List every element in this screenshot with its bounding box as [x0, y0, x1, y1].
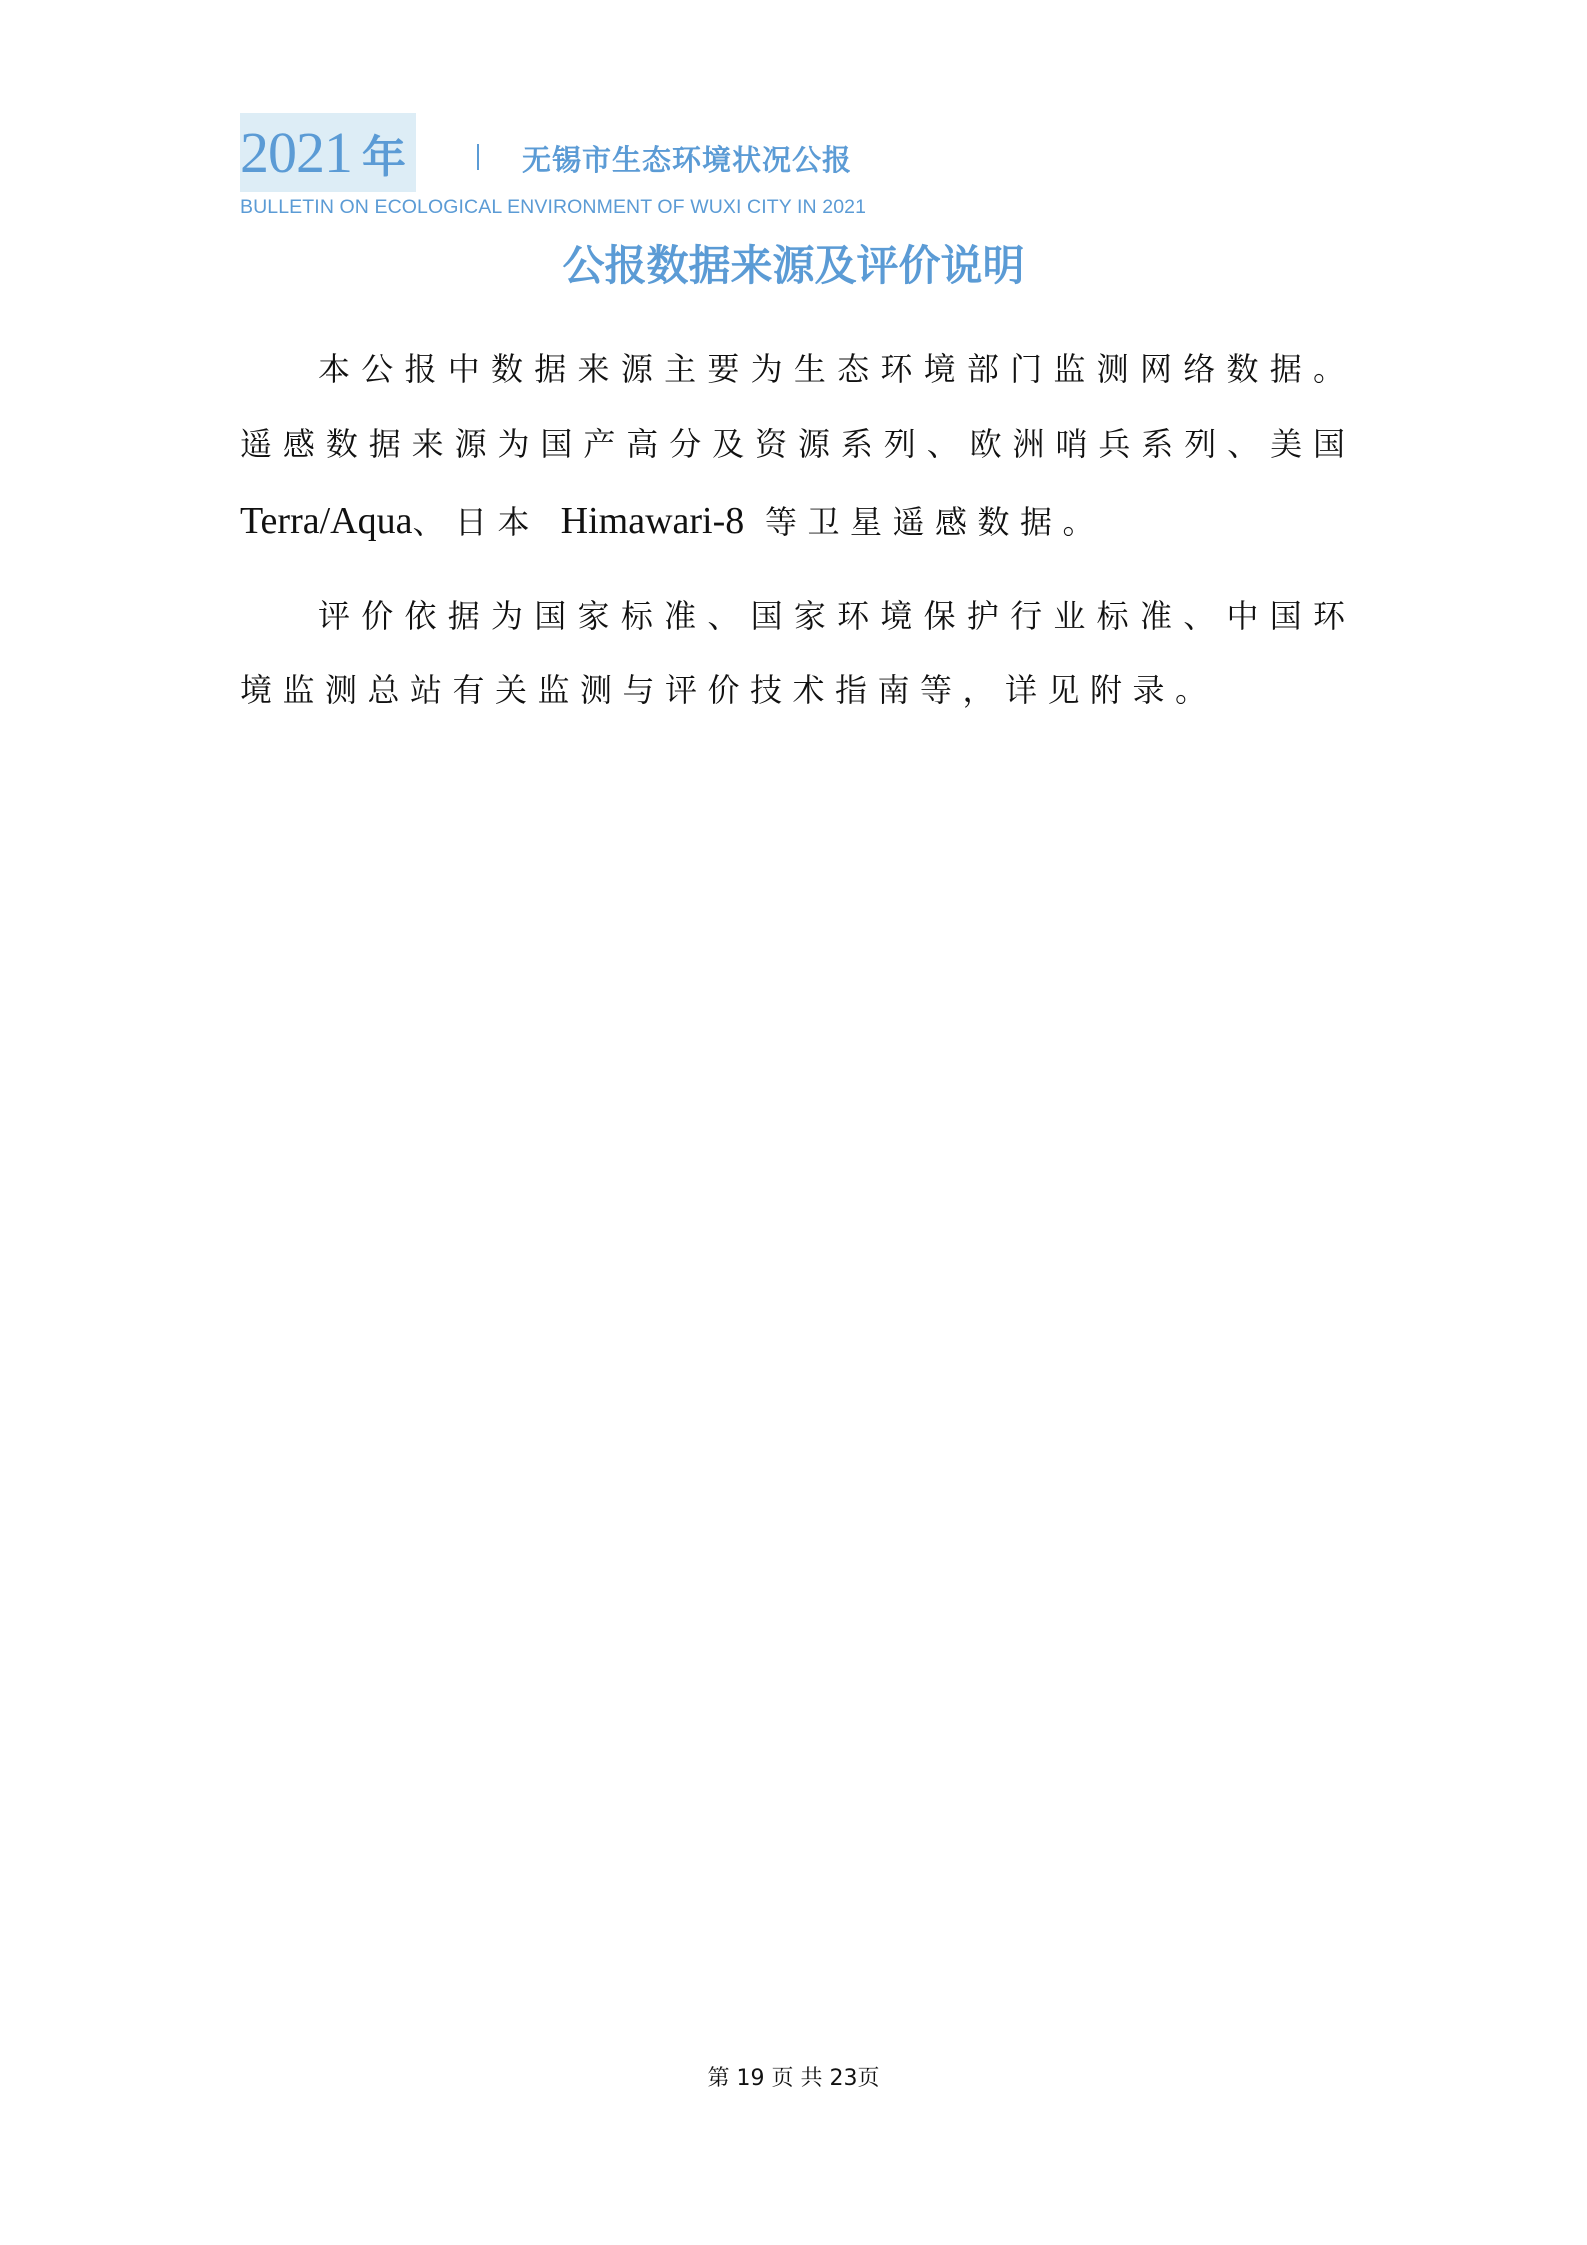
- year-number: 2021: [240, 120, 352, 185]
- paragraph-1-line-1: 本公报中数据来源主要为生态环境部门监测网络数据。: [318, 347, 1345, 391]
- text-fragment: 等卫星遥感数据。: [744, 503, 1105, 541]
- document-page: 2021年 无锡市生态环境状况公报 BULLETIN ON ECOLOGICAL…: [0, 0, 1587, 2245]
- header-year: 2021年: [240, 118, 406, 188]
- page-title: 公报数据来源及评价说明: [0, 238, 1587, 294]
- satellite-name-terra-aqua: Terra/Aqua: [240, 500, 412, 542]
- page-number-footer: 第 19 页 共 23页: [0, 2064, 1587, 2094]
- header-bulletin-title-en: BULLETIN ON ECOLOGICAL ENVIRONMENT OF WU…: [240, 195, 866, 219]
- satellite-name-himawari: Himawari-8: [561, 500, 745, 542]
- year-character: 年: [362, 133, 406, 182]
- paragraph-1-line-3: Terra/Aqua、日本 Himawari-8 等卫星遥感数据。: [240, 499, 1345, 543]
- paragraph-1-line-2: 遥感数据来源为国产高分及资源系列、欧洲哨兵系列、美国: [240, 422, 1345, 466]
- paragraph-2-line-2: 境监测总站有关监测与评价技术指南等，详见附录。: [240, 668, 1345, 712]
- header-separator: [477, 144, 479, 170]
- header-bulletin-title-cn: 无锡市生态环境状况公报: [522, 140, 852, 180]
- paragraph-2-line-1: 评价依据为国家标准、国家环境保护行业标准、中国环: [318, 594, 1345, 638]
- text-fragment: 、日本: [412, 503, 560, 541]
